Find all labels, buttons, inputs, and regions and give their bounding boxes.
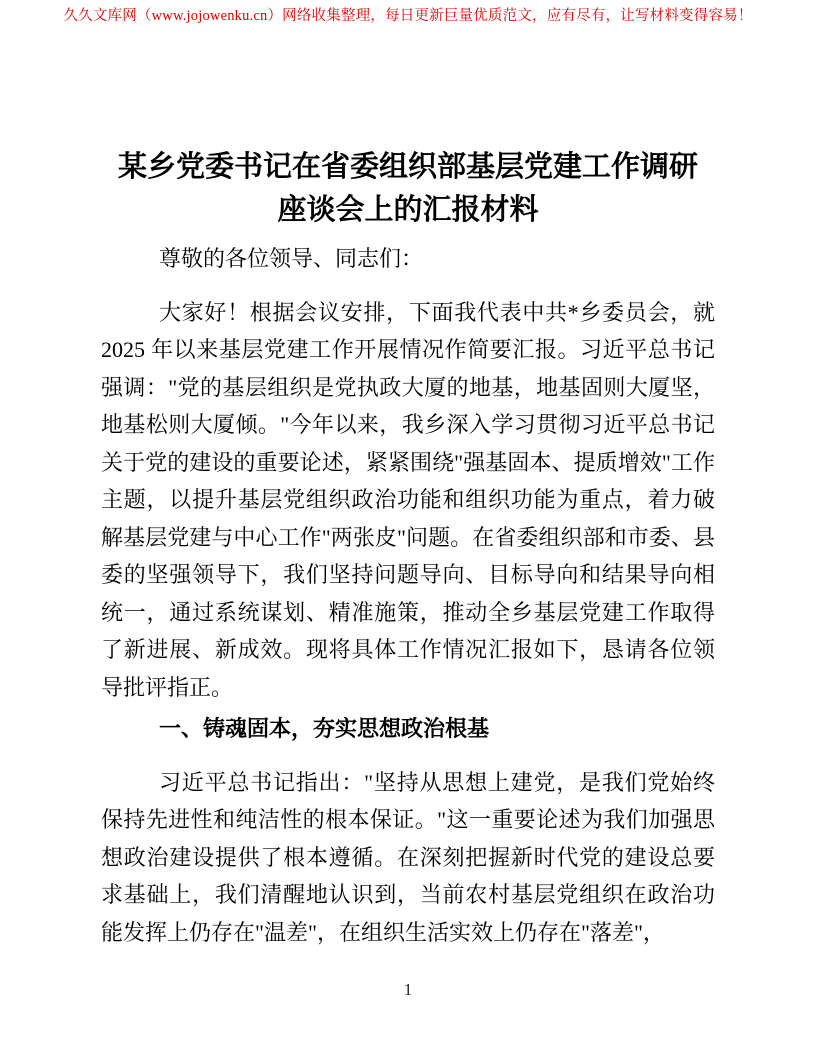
page-number: 1 <box>0 980 816 1000</box>
section-1-paragraph: 习近平总书记指出："坚持从思想上建党，是我们党始终保持先进性和纯洁性的根本保证。… <box>101 764 715 952</box>
document-content: 某乡党委书记在省委组织部基层党建工作调研座谈会上的汇报材料 尊敬的各位领导、同志… <box>101 0 715 951</box>
salutation-line: 尊敬的各位领导、同志们： <box>101 240 715 278</box>
intro-paragraph: 大家好！根据会议安排，下面我代表中共*乡委员会，就 2025 年以来基层党建工作… <box>101 294 715 707</box>
document-page: 久久文库网（www.jojowenku.cn）网络收集整理，每日更新巨量优质范文… <box>0 0 816 1056</box>
document-title: 某乡党委书记在省委组织部基层党建工作调研座谈会上的汇报材料 <box>108 146 708 232</box>
section-1-heading: 一、铸魂固本，夯实思想政治根基 <box>101 710 715 748</box>
